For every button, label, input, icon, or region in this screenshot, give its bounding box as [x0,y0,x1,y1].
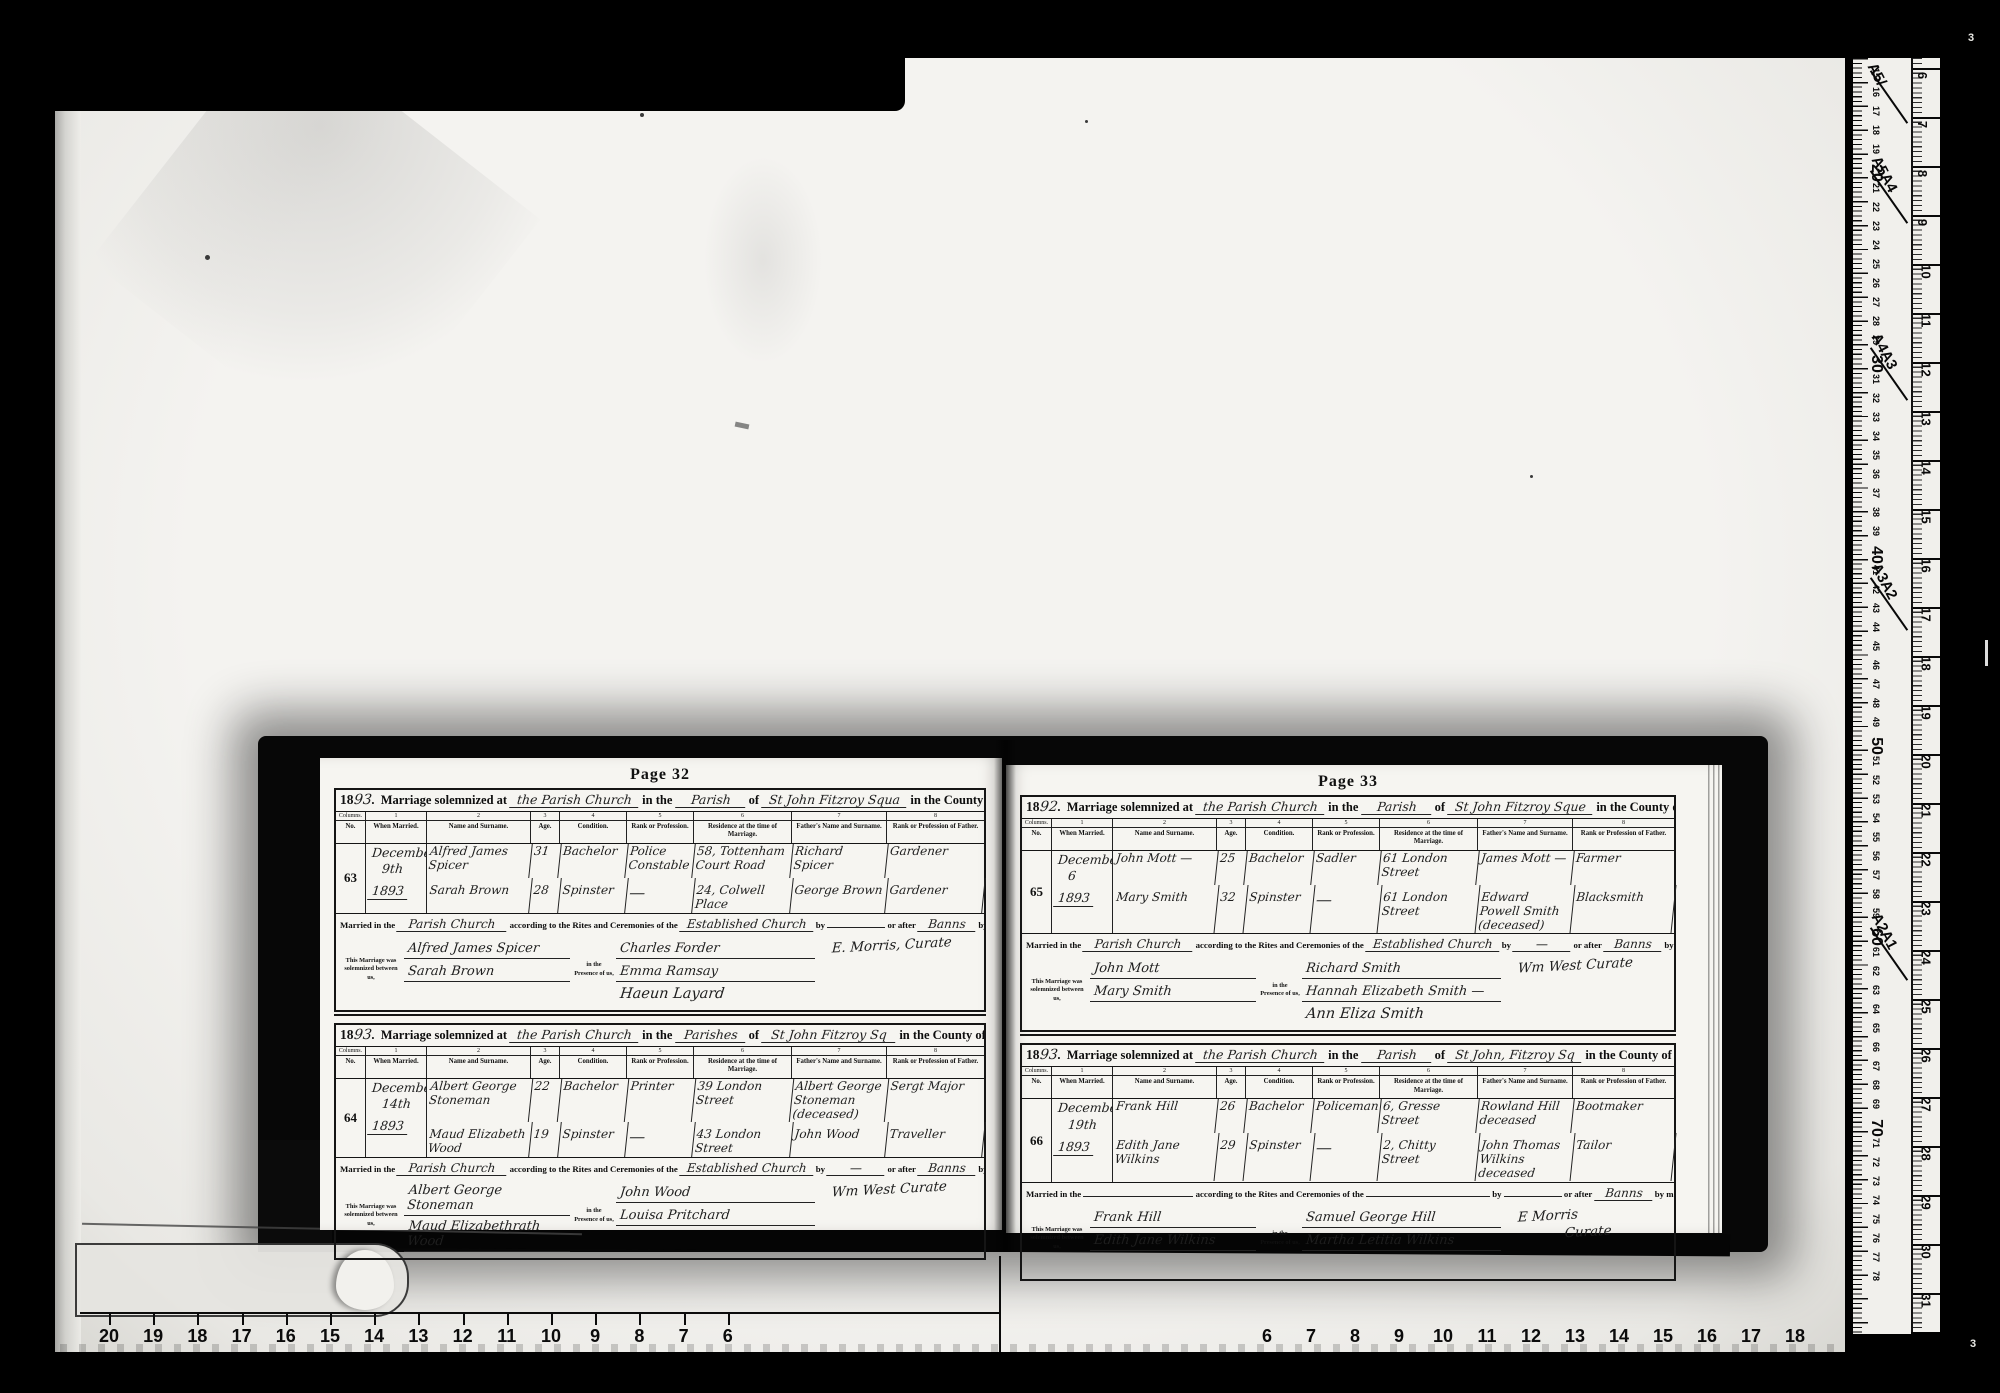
marriage-entry-block: 1893. Marriage solemnized at the Parish … [334,788,986,1012]
bottom-scale-line [80,1312,1000,1314]
col-header-when-married: When Married. [366,820,427,843]
scale-tick [286,1314,288,1325]
printed-solemnized-at: Marriage solemnized at [1067,1048,1193,1062]
col-header-residence: Residence at the time of Marriage. [694,1055,792,1078]
ruler-outer-number: 16 [1871,87,1881,97]
entry-number: 63 [336,844,366,913]
groom-father: James Mott — [1476,851,1575,885]
witness-signature: John Wood [619,1185,691,1200]
bride-father: Edward Powell Smith (deceased) [1475,885,1575,933]
groom-condition: Bachelor [558,844,629,878]
ruler-outer-number: 61 [1871,947,1881,957]
groom-residence: 39 London Street [692,1079,795,1122]
groom-rank: Printer [625,1079,697,1122]
col-header-when-married: When Married. [1052,1075,1113,1098]
entry-block-header: 1893. Marriage solemnized at the Parish … [336,790,984,812]
ruler-outer-number: 53 [1871,794,1881,804]
bride-signature: Mary Smith [1093,984,1172,999]
col-header-father-rank: Rank or Profession of Father. [887,820,984,843]
party-signatures: Alfred James Spicer Sarah Brown [402,936,574,1004]
bride-condition: Spinster [558,1122,629,1157]
ruler-outer-number: 52 [1871,775,1881,785]
married-in-line: Married in the Parish Church according t… [336,1158,984,1178]
scale-tick [153,1314,155,1325]
ruler-cm-number: 14 [1919,460,1934,474]
scale-number: 19 [143,1326,163,1347]
officiant-signature: Wm West Curate [1503,952,1671,1029]
signature-section: This Marriage was solemnized between us,… [336,934,984,1010]
ruler-cm-number: 10 [1919,264,1934,278]
bride-father-rank: Gardener [885,878,986,913]
scale-number: 10 [541,1326,561,1347]
scale-tick [463,1314,465,1325]
marriage-entry-block: 1893. Marriage solemnized at the Parish … [1020,1043,1676,1280]
by-handwritten [827,927,885,928]
col-header-condition: Condition. [1246,827,1313,850]
ruler-outer-number: 18 [1871,125,1881,135]
ruler-outer-number: 69 [1871,1099,1881,1109]
ruler-cm-number: 12 [1919,362,1934,376]
ruler-outer-number: 49 [1871,717,1881,727]
witness-signature: Samuel George Hill [1305,1210,1436,1225]
ruler-cm-number: 17 [1919,607,1934,621]
witness-signature: Hannah Elizabeth Smith — [1305,984,1485,999]
groom-signature: Alfred James Spicer [407,941,540,956]
groom-signature: John Mott [1093,961,1160,976]
scale-number: 16 [276,1326,296,1347]
bride-signature: Sarah Brown [407,964,495,979]
place-handwritten: the Parish Church [509,1027,640,1043]
ruler-outer-number: 68 [1871,1080,1881,1090]
extra-witness-signature: Haeun Layard [619,986,725,1002]
bride-residence: 61 London Street [1377,885,1480,933]
scale-number: 9 [590,1326,600,1347]
bride-name: Maud Elizabeth Wood [425,1122,533,1157]
entry-number: 65 [1022,851,1052,933]
groom-residence: 6, Gresse Street [1378,1099,1480,1133]
groom-rank: Sadler [1311,851,1382,885]
col-header-no: No. [336,1055,366,1078]
bride-father-rank: Tailor [1570,1133,1676,1181]
ruler-outer-number: 74 [1871,1195,1881,1205]
rites-handwritten: Established Church [1365,937,1500,952]
ruler-cm-number: 24 [1919,950,1934,964]
witness-signature: Richard Smith [1305,961,1402,976]
year-handwritten: 93 [353,1027,373,1043]
ruler-outer-strip [1853,58,1911,1334]
column-header-band: Columns. 1 2 3 4 5 6 7 8 No. When Marrie… [1022,819,1674,851]
groom-name: Alfred James Spicer [425,844,533,878]
scale-number: 15 [320,1326,340,1347]
col-header-father-rank: Rank or Profession of Father. [887,1055,984,1078]
year-prefix: 18 [340,792,354,807]
scale-number: 11 [1477,1326,1496,1347]
column-numbers: Columns. 1 2 3 4 5 6 7 8 [336,1047,984,1055]
ruler-outer-number: 55 [1871,832,1881,842]
ruler-outer-number: 43 [1871,603,1881,613]
ruler-outer-number: 72 [1871,1157,1881,1167]
entry-date: December 6 1893 [1052,851,1113,933]
block-separator [1020,1034,1676,1041]
scale-number: 13 [408,1326,428,1347]
groom-residence: 58, Tottenham Court Road [692,844,794,878]
groom-father-rank: Sergt Major [885,1079,987,1122]
banns-handwritten: Banns [1603,937,1663,952]
bride-residence: 24, Colwell Place [692,878,794,913]
witness-signatures: Charles Forder Emma Ramsay Haeun Layard [614,936,819,1004]
ruler-outer-number: 58 [1871,889,1881,899]
page-number-label: Page 32 [334,766,986,784]
ruler-outer-number: 50 [1867,737,1885,755]
groom-age: 25 [1215,851,1248,885]
ruler-outer-number: 31 [1871,374,1881,384]
entry-date: December 9th 1893 [366,844,427,913]
bride-signature: Edith Jane Wilkins [1093,1233,1216,1248]
year-handwritten: 93 [353,792,373,808]
church-handwritten: Parish Church [397,1161,509,1176]
married-in-line: Married in the according to the Rites an… [1022,1183,1674,1203]
bride-name: Edith Jane Wilkins [1110,1133,1219,1181]
place-handwritten: the Parish Church [1195,799,1326,815]
entry-rows: 65 December 6 1893 John Mott — 25 Bachel… [1022,851,1674,934]
groom-rank: Policeman [1311,1099,1382,1133]
film-edge-mark: 3 [1968,32,1974,44]
col-header-name: Name and Surname. [1113,827,1217,850]
witness-signatures: Samuel George Hill Martha Letitia Wilkin… [1300,1205,1505,1273]
married-in-line: Married in the Parish Church according t… [1022,934,1674,954]
block-separator [334,1014,986,1021]
entry-number: 64 [336,1079,366,1157]
scale-number: 6 [723,1326,733,1347]
col-header-rank: Rank or Profession. [1313,827,1380,850]
groom-residence: 61 London Street [1378,851,1480,885]
scale-number: 14 [1609,1326,1629,1347]
bride-signature: Maud Elizabethrath Wood [406,1219,567,1249]
column-headers: No. When Married. Name and Surname. Age.… [336,820,984,843]
col-header-name: Name and Surname. [427,1055,531,1078]
bride-rank: — [625,1122,696,1157]
ruler-outer-number: 24 [1871,240,1881,250]
year-handwritten: 93 [1039,1047,1059,1063]
column-header-band: Columns. 1 2 3 4 5 6 7 8 No. When Marrie… [336,812,984,844]
ruler-cm-number: 13 [1919,411,1934,425]
scale-tick [197,1314,199,1325]
this-marriage-label: This Marriage was solemnized between us, [1026,978,1088,1004]
ruler-outer-number: 45 [1871,641,1881,651]
ruler-cm-number: 6 [1915,72,1930,79]
scale-number: 12 [453,1326,473,1347]
scale-tick [242,1314,244,1325]
scale-number: 11 [497,1326,516,1347]
parish-handwritten: St John Fitzroy Sq [761,1027,897,1043]
ruler-outer-number: 76 [1871,1233,1881,1243]
scale-number: 8 [634,1326,644,1347]
col-header-father-rank: Rank or Profession of Father. [1573,827,1674,850]
scale-number: 9 [1394,1326,1404,1347]
page-number-label: Page 33 [1020,773,1676,791]
entry-number: 66 [1022,1099,1052,1181]
ruler-outer-number: 71 [1871,1138,1881,1148]
ruler-outer-number: 34 [1871,431,1881,441]
by-handwritten: — [1512,937,1572,952]
printed-solemnized-at: Marriage solemnized at [381,793,507,807]
film-artifact [1085,120,1088,123]
ruler-outer-number: 63 [1871,985,1881,995]
banns-handwritten: Banns [1594,1186,1654,1201]
column-headers: No. When Married. Name and Surname. Age.… [1022,827,1674,850]
col-header-no: No. [1022,827,1052,850]
parish-label-handwritten: Parishes [675,1027,747,1043]
year-prefix: 18 [340,1027,354,1042]
ruler-cm-number: 8 [1915,170,1930,177]
party-signatures: Frank Hill Edith Jane Wilkins [1088,1205,1260,1273]
col-header-rank: Rank or Profession. [1313,1075,1380,1098]
printed-solemnized-at: Marriage solemnized at [1067,800,1193,814]
presence-label: in the Presence of us, [1260,1230,1300,1247]
scale-number: 12 [1521,1326,1541,1347]
ruler-mm5-ticks [1853,58,1868,1334]
column-headers: No. When Married. Name and Surname. Age.… [1022,1075,1674,1098]
col-header-name: Name and Surname. [1113,1075,1217,1098]
by-handwritten: — [826,1161,886,1176]
scale-number: 18 [187,1326,207,1347]
bride-father: John Thomas Wilkins deceased [1475,1133,1575,1181]
column-headers: No. When Married. Name and Surname. Age.… [336,1055,984,1078]
ruler-outer-number: 54 [1871,813,1881,823]
bride-residence: 2, Chitty Street [1377,1133,1480,1181]
bride-name: Sarah Brown [425,878,533,913]
page-left-entries: 1893. Marriage solemnized at the Parish … [334,788,986,1260]
scale-tick [109,1314,111,1325]
bride-condition: Spinster [558,878,629,913]
entry-block-header: 1892. Marriage solemnized at the Parish … [1022,797,1674,819]
col-header-condition: Condition. [560,820,627,843]
signature-section: This Marriage was solemnized between us,… [1022,954,1674,1030]
groom-condition: Bachelor [1244,851,1315,885]
groom-age: 26 [1215,1099,1248,1133]
scale-number: 6 [1262,1326,1272,1347]
witness-signature: Emma Ramsay [619,964,719,979]
groom-father: Rowland Hill deceased [1476,1099,1575,1133]
col-header-father: Father's Name and Surname. [1478,827,1573,850]
col-header-father: Father's Name and Surname. [792,820,887,843]
ruler-outer-number: 66 [1871,1042,1881,1052]
ruler-outer-number: 65 [1871,1023,1881,1033]
witness-signature: Louisa Pritchard [619,1208,730,1223]
scale-tick [595,1314,597,1325]
ruler-outer-number: 67 [1871,1061,1881,1071]
ruler-outer-number: 25 [1871,259,1881,269]
ruler-cm-number: 16 [1919,558,1934,572]
groom-signature: Albert George Stoneman [406,1183,567,1213]
witness-signature: Charles Forder [619,941,720,956]
groom-father-rank: Bootmaker [1571,1099,1676,1133]
film-artifact [205,255,210,260]
ruler-outer-number: 51 [1871,756,1881,766]
ruler-outer-number: 17 [1871,106,1881,116]
ruler-outer-number: 46 [1871,660,1881,670]
party-signatures: John Mott Mary Smith [1088,956,1260,1024]
officiant-signature: E Morris Curate [1503,1200,1671,1277]
ruler-cm-number: 29 [1919,1195,1934,1209]
ruler-outer-number: 32 [1871,393,1881,403]
ruler-cm-number: 23 [1919,901,1934,915]
by-handwritten [1504,1196,1562,1197]
ruler-outer-number: 23 [1871,221,1881,231]
ruler-cm-number: 28 [1919,1146,1934,1160]
ruler-outer-number: 36 [1871,469,1881,479]
church-handwritten: Parish Church [397,917,509,932]
church-handwritten: Parish Church [1083,937,1195,952]
presence-label: in the Presence of us, [574,961,614,978]
ruler-cm-number: 7 [1915,121,1930,128]
film-edge-streak [55,55,81,1352]
groom-age: 22 [529,1079,563,1122]
ruler-outer-number: 38 [1871,507,1881,517]
parish-label-handwritten: Parish [675,792,747,808]
bride-residence: 43 London Street [692,1122,794,1157]
rites-handwritten: Established Church [679,1161,814,1176]
col-header-residence: Residence at the time of Marriage. [694,820,792,843]
scale-tick [551,1314,553,1325]
scale-number: 13 [1565,1326,1585,1347]
bride-age: 28 [529,878,562,913]
scale-tick [507,1314,509,1325]
column-numbers: Columns. 1 2 3 4 5 6 7 8 [1022,1067,1674,1075]
ruler-outer-number: 73 [1871,1176,1881,1186]
col-header-when-married: When Married. [366,1055,427,1078]
parish-handwritten: St John Fitzroy Sque [1447,799,1594,815]
place-handwritten: the Parish Church [509,792,640,808]
bride-father-rank: Traveller [885,1122,986,1157]
extra-witness-signature: Ann Eliza Smith [1305,1006,1425,1022]
ruler-cm-number: 21 [1919,803,1934,817]
col-header-age: Age. [531,820,560,843]
col-header-no: No. [1022,1075,1052,1098]
film-artifact [1530,475,1533,478]
entry-block-header: 1893. Marriage solemnized at the Parish … [336,1025,984,1047]
ruler-cm-number: 19 [1919,705,1934,719]
entry-rows: 63 December 9th 1893 Alfred James Spicer… [336,844,984,914]
groom-age: 31 [529,844,562,878]
ruler-outer-number: 78 [1871,1271,1881,1281]
bride-name: Mary Smith [1110,885,1219,933]
film-artifact [640,113,644,117]
scale-number: 8 [1350,1326,1360,1347]
column-header-band: Columns. 1 2 3 4 5 6 7 8 No. When Marrie… [336,1047,984,1079]
film-ruler: 1516171819202122232425262728293031323334… [1853,58,1939,1334]
film-bottom-band [0,1352,2000,1393]
entry-rows: 66 December 19th 1893 Frank Hill 26 Bach… [1022,1099,1674,1182]
ruler-outer-number: 62 [1871,966,1881,976]
ruler-outer-number: 19 [1871,144,1881,154]
ruler-outer-number: 28 [1871,316,1881,326]
bottom-scale-divider [999,1256,1001,1352]
scale-tick [418,1314,420,1325]
this-marriage-label: This Marriage was solemnized between us, [340,957,402,983]
scale-number: 10 [1433,1326,1453,1347]
scale-tick [639,1314,641,1325]
officiant-signature: Wm West Curate [817,1175,982,1255]
ruler-cm-number: 27 [1919,1097,1934,1111]
ruler-outer-number: 33 [1871,412,1881,422]
bride-rank: — [1310,1133,1382,1181]
col-header-age: Age. [1217,827,1246,850]
ruler-cm-number: 20 [1919,754,1934,768]
bride-condition: Spinster [1243,1133,1315,1181]
groom-name: Albert George Stoneman [425,1079,534,1122]
place-handwritten: the Parish Church [1195,1047,1326,1063]
ruler-outer-number: 57 [1871,870,1881,880]
ruler-cm-strip [1911,58,1940,1332]
ruler-cm-number: 31 [1919,1293,1934,1307]
ruler-outer-number: 47 [1871,679,1881,689]
bride-father: John Wood [790,1122,889,1157]
groom-father-rank: Farmer [1571,851,1676,885]
groom-name: Frank Hill [1111,1099,1219,1133]
ruler-outer-number: 22 [1871,202,1881,212]
col-header-name: Name and Surname. [427,820,531,843]
groom-father: Richard Spicer [790,844,889,878]
ruler-outer-number: 75 [1871,1214,1881,1224]
film-edge-mark [1985,640,1988,666]
page-right-entries: 1892. Marriage solemnized at the Parish … [1020,795,1676,1281]
scale-number: 15 [1653,1326,1673,1347]
film-artifact [735,422,750,430]
ruler-outer-number: 64 [1871,1004,1881,1014]
scale-number: 17 [1741,1326,1761,1347]
ruler-outer-number: 70 [1867,1119,1885,1137]
ruler-outer-number: 35 [1871,450,1881,460]
ruler-cm-number: 22 [1919,852,1934,866]
bride-age: 19 [529,1122,562,1157]
scale-tick [728,1314,730,1325]
married-in-line: Married in the Parish Church according t… [336,914,984,934]
ruler-outer-number: 39 [1871,526,1881,536]
ruler-outer-number: 26 [1871,278,1881,288]
entry-rows: 64 December 14th 1893 Albert George Ston… [336,1079,984,1158]
year-handwritten: 92 [1039,799,1059,815]
col-header-when-married: When Married. [1052,827,1113,850]
film-artifact [703,155,823,365]
column-numbers: Columns. 1 2 3 4 5 6 7 8 [336,812,984,820]
register-page-right: Page 33 1892. Marriage solemnized at the… [1006,765,1722,1233]
signature-section: This Marriage was solemnized between us,… [336,1178,984,1258]
film-top-band [0,0,2000,58]
col-header-condition: Condition. [560,1055,627,1078]
scale-tick [330,1314,332,1325]
ruler-cm-number: 26 [1919,1048,1934,1062]
col-header-rank: Rank or Profession. [627,820,694,843]
scale-tick [684,1314,686,1325]
bride-father: George Brown [790,878,889,913]
col-header-condition: Condition. [1246,1075,1313,1098]
presence-label: in the Presence of us, [1260,982,1300,999]
witness-signatures: John Wood Louisa Pritchard [614,1180,819,1252]
scale-number: 17 [232,1326,252,1347]
scale-number: 7 [679,1326,689,1347]
year-prefix: 18 [1026,799,1040,814]
parish-label-handwritten: Parish [1361,799,1433,815]
ruler-outer-number: 27 [1871,297,1881,307]
scale-number: 20 [99,1326,119,1347]
party-signatures: Albert George Stoneman Maud Elizabethrat… [402,1180,574,1252]
groom-signature: Frank Hill [1093,1210,1162,1225]
church-handwritten [1083,1196,1193,1197]
ruler-outer-number: 77 [1871,1252,1881,1262]
col-header-father: Father's Name and Surname. [792,1055,887,1078]
ruler-outer-number: 56 [1871,851,1881,861]
